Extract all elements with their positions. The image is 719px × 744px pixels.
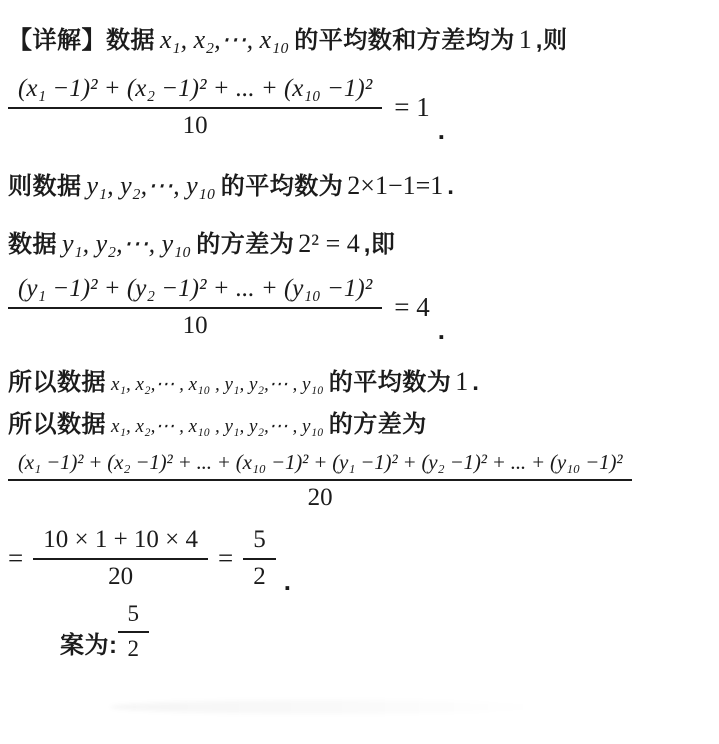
fraction-denominator: 2 bbox=[253, 560, 266, 591]
math-combined-sequence: x₁, x₂,⋯ , x₁₀ , y₁, y₂,⋯ , y₁₀ bbox=[111, 416, 324, 437]
answer-fraction: 5 2 bbox=[118, 601, 150, 662]
period: . bbox=[472, 369, 479, 396]
period: . bbox=[438, 115, 445, 146]
cn-text: 的平均数为 bbox=[329, 369, 452, 396]
fraction: 5 2 bbox=[243, 526, 276, 591]
line-given: 【详解】数据x₁, x₂,⋯, x₁₀的平均数和方差均为1,则 bbox=[8, 24, 711, 57]
cn-text: ,则 bbox=[536, 27, 568, 54]
cn-text: 数据 bbox=[8, 231, 57, 258]
equals-sign: = bbox=[8, 543, 23, 574]
fraction-denominator: 10 bbox=[183, 309, 208, 340]
equation-combined-variance: (x₁ −1)² + (x₂ −1)² + ... + (x₁₀ −1)² + … bbox=[8, 450, 711, 512]
fraction: 10 × 1 + 10 × 4 20 bbox=[33, 526, 208, 591]
math-value: 1 bbox=[519, 25, 532, 54]
cn-text: 的平均数和方差均为 bbox=[294, 27, 515, 54]
period: . bbox=[438, 315, 445, 346]
cn-text: 所以数据 bbox=[8, 369, 106, 396]
period: . bbox=[447, 173, 454, 200]
cn-text: 的方差为 bbox=[329, 411, 427, 438]
math-combined-sequence: x₁, x₂,⋯ , x₁₀ , y₁, y₂,⋯ , y₁₀ bbox=[111, 374, 324, 395]
equation-x-variance: (x₁ −1)² + (x₂ −1)² + ... + (x₁₀ −1)² 10… bbox=[8, 75, 711, 140]
cn-text: 的方差为 bbox=[196, 231, 294, 258]
line-answer: 案为: 5 2 bbox=[60, 601, 711, 662]
cn-text: ,即 bbox=[364, 231, 396, 258]
cn-text: 数据 bbox=[106, 27, 155, 54]
fraction-denominator: 10 bbox=[183, 109, 208, 140]
line-combined-variance-label: 所以数据x₁, x₂,⋯ , x₁₀ , y₁, y₂,⋯ , y₁₀的方差为 bbox=[8, 410, 711, 440]
solution-document: 【详解】数据x₁, x₂,⋯, x₁₀的平均数和方差均为1,则 (x₁ −1)²… bbox=[0, 0, 719, 662]
fraction: (x₁ −1)² + (x₂ −1)² + ... + (x₁₀ −1)² + … bbox=[8, 450, 632, 512]
fraction-numerator: (x₁ −1)² + (x₂ −1)² + ... + (x₁₀ −1)² bbox=[8, 75, 382, 109]
cn-text: 的平均数为 bbox=[221, 173, 344, 200]
fraction-numerator: 10 × 1 + 10 × 4 bbox=[33, 526, 208, 560]
cn-text: 所以数据 bbox=[8, 411, 106, 438]
scan-artifact bbox=[110, 700, 540, 714]
equals-value: = 4 bbox=[394, 292, 429, 323]
fraction-denominator: 20 bbox=[108, 560, 133, 591]
equals-sign: = bbox=[218, 543, 233, 574]
fraction: (y₁ −1)² + (y₂ −1)² + ... + (y₁₀ −1)² 10 bbox=[8, 275, 382, 340]
fraction-numerator: 5 bbox=[118, 601, 150, 633]
line-y-variance: 数据y₁, y₂,⋯, y₁₀的方差为2² = 4,即 bbox=[8, 228, 711, 261]
fraction-numerator: (y₁ −1)² + (y₂ −1)² + ... + (y₁₀ −1)² bbox=[8, 275, 382, 309]
equation-variance-result: = 10 × 1 + 10 × 4 20 = 5 2 . bbox=[8, 526, 711, 591]
equation-y-variance: (y₁ −1)² + (y₂ −1)² + ... + (y₁₀ −1)² 10… bbox=[8, 275, 711, 340]
math-expression: 2² = 4 bbox=[298, 229, 359, 258]
fraction-denominator: 2 bbox=[128, 633, 140, 662]
fraction-numerator: 5 bbox=[243, 526, 276, 560]
detail-tag: 【详解】 bbox=[8, 27, 106, 54]
cn-text: 则数据 bbox=[8, 173, 82, 200]
answer-label: 案为: bbox=[60, 625, 118, 662]
math-y-sequence: y₁, y₂,⋯, y₁₀ bbox=[87, 171, 216, 200]
fraction: (x₁ −1)² + (x₂ −1)² + ... + (x₁₀ −1)² 10 bbox=[8, 75, 382, 140]
math-expression: 2×1−1=1 bbox=[347, 171, 443, 200]
line-combined-mean: 所以数据x₁, x₂,⋯ , x₁₀ , y₁, y₂,⋯ , y₁₀的平均数为… bbox=[8, 366, 711, 399]
fraction-denominator: 20 bbox=[308, 481, 333, 512]
math-value: 1 bbox=[455, 367, 468, 396]
math-y-sequence: y₁, y₂,⋯, y₁₀ bbox=[62, 229, 191, 258]
fraction-numerator: (x₁ −1)² + (x₂ −1)² + ... + (x₁₀ −1)² + … bbox=[8, 450, 632, 481]
line-y-mean: 则数据y₁, y₂,⋯, y₁₀的平均数为2×1−1=1. bbox=[8, 170, 711, 203]
period: . bbox=[284, 566, 291, 597]
math-x-sequence: x₁, x₂,⋯, x₁₀ bbox=[160, 25, 289, 54]
equals-value: = 1 bbox=[394, 92, 429, 123]
